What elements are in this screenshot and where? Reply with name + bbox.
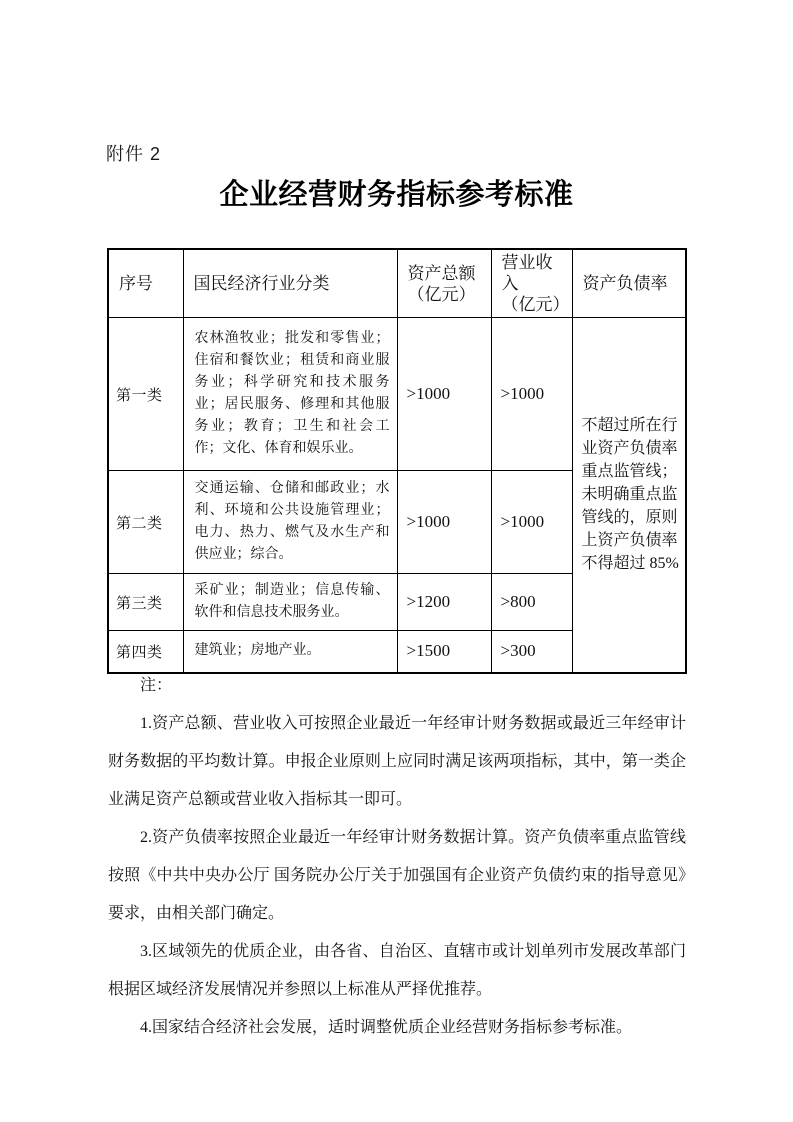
category2-industries: 交通运输、仓储和邮政业；水利、环境和公共设施管理业；电力、热力、燃气及水生产和供… bbox=[183, 471, 397, 574]
col-header-assets-line2: （亿元） bbox=[408, 284, 487, 305]
note-item-3: 3.区域领先的优质企业，由各省、自治区、直辖市或计划单列市发展改革部门根据区域经… bbox=[108, 933, 686, 1009]
col-header-revenue-line1: 营业收入 bbox=[502, 252, 568, 294]
page-number: 7 bbox=[0, 1021, 793, 1037]
category3-seq: 第三类 bbox=[108, 574, 183, 631]
attachment-label: 附件 2 bbox=[106, 140, 161, 166]
notes-label: 注： bbox=[108, 667, 686, 705]
table-row-category1: 第一类 农林渔牧业；批发和零售业；住宿和餐饮业；租赁和商业服务业；科学研究和技术… bbox=[108, 318, 686, 471]
col-header-assets-line1: 资产总额 bbox=[408, 263, 487, 284]
table-header-row: 序号 国民经济行业分类 资产总额 （亿元） 营业收入 （亿元） 资产负债率 bbox=[108, 249, 686, 318]
col-header-revenue: 营业收入 （亿元） bbox=[491, 249, 572, 318]
page-title: 企业经营财务指标参考标准 bbox=[0, 172, 793, 213]
category2-revenue: >1000 bbox=[491, 471, 572, 574]
category2-assets: >1000 bbox=[397, 471, 491, 574]
category1-industries: 农林渔牧业；批发和零售业；住宿和餐饮业；租赁和商业服务业；科学研究和技术服务业；… bbox=[183, 318, 397, 471]
category3-revenue: >800 bbox=[491, 574, 572, 631]
category2-seq: 第二类 bbox=[108, 471, 183, 574]
debt-ratio-note-cell: 不超过所在行业资产负债率重点监管线；未明确重点监管线的，原则上资产负债率不得超过… bbox=[572, 318, 686, 673]
category3-assets: >1200 bbox=[397, 574, 491, 631]
col-header-assets: 资产总额 （亿元） bbox=[397, 249, 491, 318]
col-header-seq: 序号 bbox=[108, 249, 183, 318]
category1-seq: 第一类 bbox=[108, 318, 183, 471]
note-item-1: 1.资产总额、营业收入可按照企业最近一年经审计财务数据或最近三年经审计财务数据的… bbox=[108, 705, 686, 819]
category1-revenue: >1000 bbox=[491, 318, 572, 471]
col-header-revenue-line2: （亿元） bbox=[502, 294, 568, 315]
document-page: 附件 2 企业经营财务指标参考标准 序号 国民经济行业分类 资产总额 （亿元） … bbox=[0, 0, 793, 1122]
col-header-industry: 国民经济行业分类 bbox=[183, 249, 397, 318]
notes-section: 注： 1.资产总额、营业收入可按照企业最近一年经审计财务数据或最近三年经审计财务… bbox=[108, 667, 686, 1047]
financial-standards-table: 序号 国民经济行业分类 资产总额 （亿元） 营业收入 （亿元） 资产负债率 第一… bbox=[107, 248, 687, 674]
category3-industries: 采矿业；制造业；信息传输、软件和信息技术服务业。 bbox=[183, 574, 397, 631]
col-header-debt-ratio: 资产负债率 bbox=[572, 249, 686, 318]
note-item-2: 2.资产负债率按照企业最近一年经审计财务数据计算。资产负债率重点监管线按照《中共… bbox=[108, 819, 686, 933]
category1-assets: >1000 bbox=[397, 318, 491, 471]
